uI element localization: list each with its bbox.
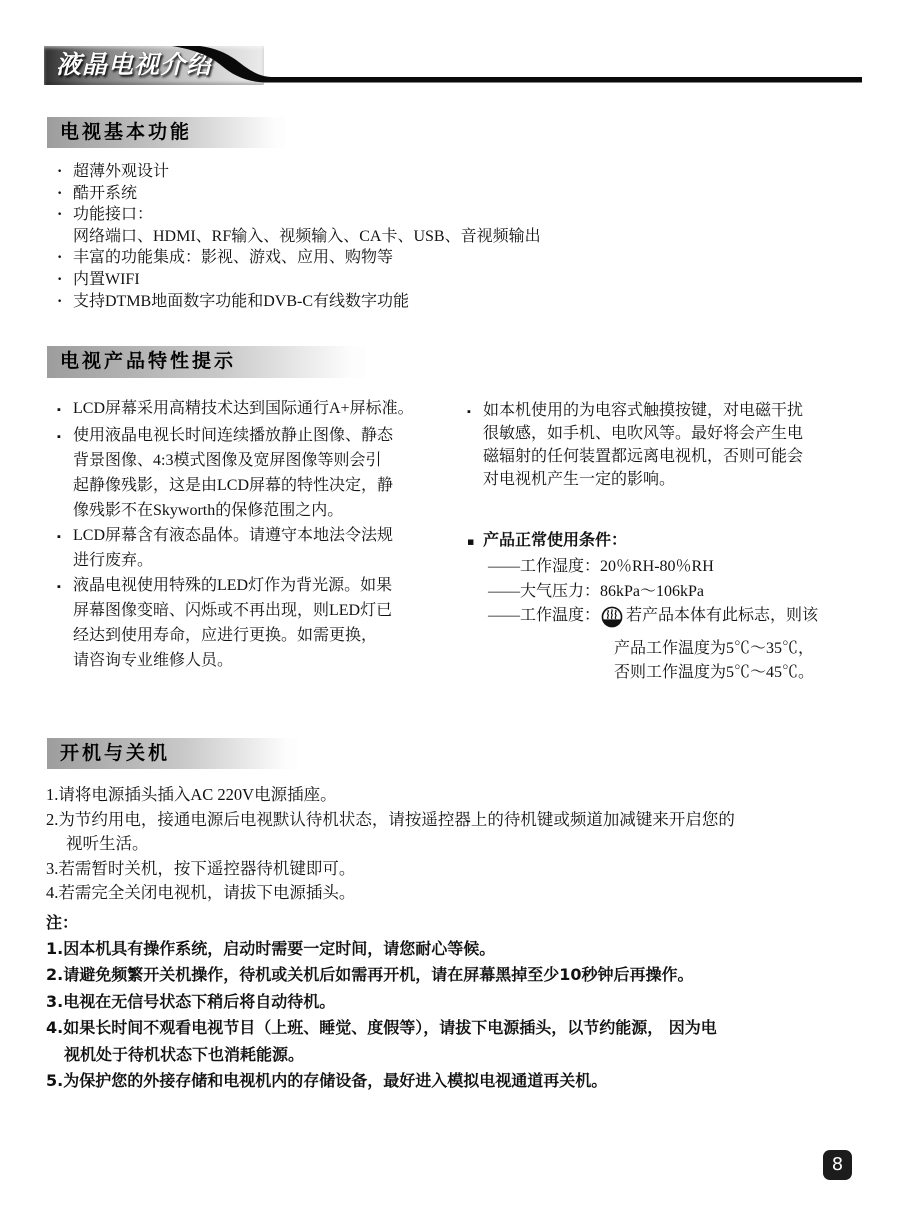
tips-left-column: LCD屏幕采用高精技术达到国际通行A+屏标准。 使用液晶电视长时间连续播放静止图…	[57, 396, 461, 673]
temperature-line: 否则工作温度为5℃～45℃。	[614, 661, 897, 686]
tips-right-column: 如本机使用的为电容式触摸按键，对电磁干扰 很敏感，如手机、电吹风等。最好将会产生…	[467, 399, 897, 686]
temperature-line: 产品工作温度为5℃～35℃，	[614, 637, 897, 662]
power-instructions: 1.请将电源插头插入AC 220V电源插座。 2.为节约用电，接通电源后电视默认…	[46, 783, 896, 1095]
list-item: 内置WIFI	[57, 269, 541, 291]
list-item: 如本机使用的为电容式触摸按键，对电磁干扰 很敏感，如手机、电吹风等。最好将会产生…	[467, 399, 897, 491]
manual-page: 液晶电视介绍 电视基本功能 超薄外观设计 酷开系统 功能接口： 网络端口、HDM…	[0, 0, 898, 1229]
page-number: 8	[832, 1154, 843, 1175]
list-item: 液晶电视使用特殊的LED灯作为背光源。如果 屏幕图像变暗、闪烁或不再出现，则LE…	[57, 573, 461, 673]
note-item: 2.请避免频繁开关机操作，待机或关机后如需再开机，请在屏幕黑掉至少10秒钟后再操…	[46, 962, 896, 989]
list-item: 超薄外观设计	[57, 161, 541, 183]
step-item: 1.请将电源插头插入AC 220V电源插座。	[46, 783, 896, 808]
list-item: LCD屏幕含有液态晶体。请遵守本地法令法规 进行废弃。	[57, 523, 461, 573]
condition-temperature-text: 若产品本体有此标志，则该	[626, 604, 818, 629]
list-item: 使用液晶电视长时间连续播放静止图像、静态 背景图像、4:3模式图像及宽屏图像等则…	[57, 423, 461, 523]
step-item: 2.为节约用电，接通电源后电视默认待机状态，请按遥控器上的待机键或频道加减键来开…	[46, 808, 896, 857]
step-item: 3.若需暂时关机，按下遥控器待机键即可。	[46, 857, 896, 882]
list-item: LCD屏幕采用高精技术达到国际通行A+屏标准。	[57, 396, 461, 423]
condition-pressure: ——大气压力：86kPa～106kPa	[488, 580, 897, 605]
notes-title: 注：	[46, 910, 896, 936]
section-title-basic-features: 电视基本功能	[47, 117, 285, 148]
feature-list: 超薄外观设计 酷开系统 功能接口： 网络端口、HDMI、RF输入、视频输入、CA…	[57, 161, 541, 312]
banner-swoosh-icon	[0, 44, 898, 88]
list-item: 丰富的功能集成：影视、游戏、应用、购物等	[57, 247, 541, 269]
condition-temperature-detail: 产品工作温度为5℃～35℃， 否则工作温度为5℃～45℃。	[614, 637, 897, 686]
section-title-product-tips: 电视产品特性提示	[47, 346, 365, 378]
note-item: 5.为保护您的外接存储和电视机内的存储设备，最好进入模拟电视通道再关机。	[46, 1068, 896, 1095]
condition-humidity: ——工作湿度：20％RH-80％RH	[488, 555, 897, 580]
list-item: 酷开系统	[57, 183, 541, 205]
list-item: 支持DTMB地面数字功能和DVB-C有线数字功能	[57, 291, 541, 313]
condition-temperature: ——工作温度： 若产品本体有此标志，则该	[488, 604, 897, 637]
note-item: 3.电视在无信号状态下稍后将自动待机。	[46, 989, 896, 1016]
note-item: 4.如果长时间不观看电视节目（上班、睡觉、度假等），请拔下电源插头，以节约能源，…	[46, 1015, 896, 1068]
conditions-title: 产品正常使用条件：	[467, 527, 897, 555]
page-number-badge: 8	[823, 1150, 852, 1180]
section-title-power-on-off: 开机与关机	[47, 738, 297, 769]
step-item: 4.若需完全关闭电视机，请拔下电源插头。	[46, 881, 896, 906]
condition-temperature-prefix: ——工作温度：	[488, 604, 600, 629]
list-item-continuation: 网络端口、HDMI、RF输入、视频输入、CA卡、USB、音视频输出	[57, 226, 541, 248]
temperature-mark-icon	[601, 606, 623, 637]
note-item: 1.因本机具有操作系统，启动时需要一定时间，请您耐心等候。	[46, 936, 896, 963]
normal-use-conditions: 产品正常使用条件： ——工作湿度：20％RH-80％RH ——大气压力：86kP…	[467, 527, 897, 686]
chapter-banner: 液晶电视介绍	[0, 44, 898, 88]
list-item: 功能接口：	[57, 204, 541, 226]
